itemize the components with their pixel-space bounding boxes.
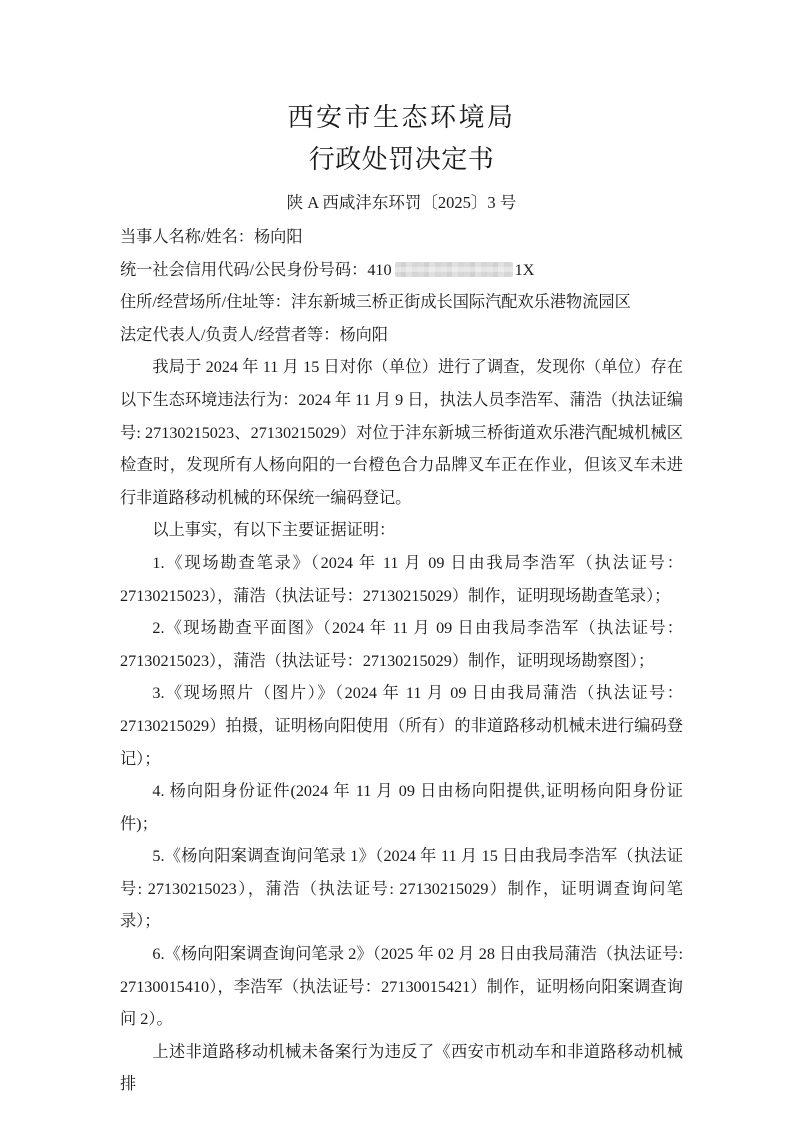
doc-type-title: 行政处罚决定书 [120, 145, 683, 174]
id-number-label: 统一社会信用代码/公民身份号码： [120, 261, 367, 279]
id-number-prefix: 410 [367, 261, 391, 279]
redacted-id-mosaic [395, 262, 513, 277]
legal-rep-value: 杨向阳 [339, 326, 388, 344]
investigation-paragraph: 我局于 2024 年 11 月 15 日对你（单位）进行了调查，发现你（单位）存… [120, 351, 683, 514]
document-page: 西安市生态环境局 行政处罚决定书 陕 A 西咸沣东环罚〔2025〕3 号 当事人… [0, 0, 800, 1132]
document-body: 当事人名称/姓名：杨向阳 统一社会信用代码/公民身份号码：4101X 住所/经营… [120, 221, 683, 1101]
id-number-line: 统一社会信用代码/公民身份号码：4101X [120, 254, 683, 287]
evidence-item-5: 5.《杨向阳案调查询问笔录 1》（2024 年 11 月 15 日由我局李浩军（… [120, 840, 683, 938]
closing-paragraph: 上述非道路移动机械未备案行为违反了《西安市机动车和非道路移动机械排 [120, 1036, 683, 1101]
legal-rep-line: 法定代表人/负责人/经营者等：杨向阳 [120, 319, 683, 352]
party-name-value: 杨向阳 [254, 228, 303, 246]
party-name-label: 当事人名称/姓名： [120, 228, 254, 246]
evidence-intro: 以上事实，有以下主要证据证明： [120, 514, 683, 547]
party-name-line: 当事人名称/姓名：杨向阳 [120, 221, 683, 254]
evidence-item-3: 3.《现场照片（图片）》（2024 年 11 月 09 日由我局蒲浩（执法证号：… [120, 677, 683, 775]
evidence-item-1: 1.《现场勘查笔录》（2024 年 11 月 09 日由我局李浩军（执法证号：2… [120, 547, 683, 612]
agency-title: 西安市生态环境局 [120, 103, 683, 132]
evidence-item-4: 4. 杨向阳身份证件(2024 年 11 月 09 日由杨向阳提供,证明杨向阳身… [120, 775, 683, 840]
address-label: 住所/经营场所/住址等： [120, 293, 291, 311]
doc-number: 陕 A 西咸沣东环罚〔2025〕3 号 [120, 193, 683, 213]
address-value: 沣东新城三桥正街成长国际汽配欢乐港物流园区 [291, 293, 631, 311]
evidence-item-2: 2.《现场勘查平面图》（2024 年 11 月 09 日由我局李浩军（执法证号：… [120, 612, 683, 677]
id-number-suffix: 1X [515, 261, 535, 279]
legal-rep-label: 法定代表人/负责人/经营者等： [120, 326, 339, 344]
evidence-item-6: 6.《杨向阳案调查询问笔录 2》（2025 年 02 月 28 日由我局蒲浩（执… [120, 938, 683, 1036]
address-line: 住所/经营场所/住址等：沣东新城三桥正街成长国际汽配欢乐港物流园区 [120, 286, 683, 319]
